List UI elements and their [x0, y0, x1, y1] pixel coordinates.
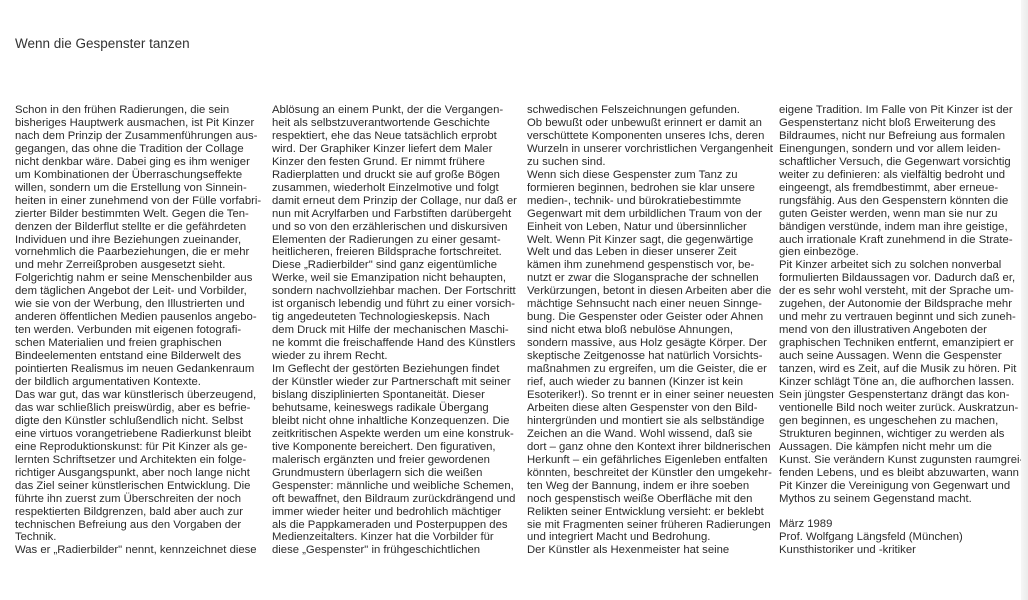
signature-date: März 1989 — [779, 518, 1028, 531]
text-line: Pit Kinzer arbeitet sich zu solchen nonv… — [779, 259, 1028, 272]
text-line: zusammen, wiederholt Einzelmotive und fo… — [272, 182, 522, 195]
text-line: Herkunft – ein gefährliches Eigenleben e… — [527, 454, 777, 467]
text-line: wie sie von der Werbung, den Illustriert… — [15, 298, 265, 311]
text-line: medien-, technik- und bürokratiebestimmt… — [527, 195, 777, 208]
text-line: ventionelle Bild noch weiter zurück. Aus… — [779, 402, 1028, 415]
text-line: tanzen, wird es Zeit, auf die Musik zu h… — [779, 363, 1028, 376]
text-line: um Kombinationen der Überraschungseffekt… — [15, 169, 265, 182]
text-line: rungsfähig. Aus den Gespenstern könnten … — [779, 195, 1028, 208]
text-line: nicht denkbar wäre. Dabei ging es ihm we… — [15, 156, 265, 169]
text-line: Medienzeitalters. Kinzer hat die Vorbild… — [272, 531, 522, 544]
text-line: Schon in den frühen Radierungen, die sei… — [15, 104, 265, 117]
text-line: digte den Künstler schlußendlich nicht. … — [15, 415, 265, 428]
text-line: der Künstler wieder zur Partnerschaft mi… — [272, 376, 522, 389]
text-line: kämen ihm zunehmend gespenstisch vor, be… — [527, 259, 777, 272]
text-line: maßnahmen zu ergreifen, um die Geister, … — [527, 363, 777, 376]
text-line: sie mit Fragmenten seiner früheren Radie… — [527, 519, 777, 532]
text-line: bändigen verstünde, indem man ihre geist… — [779, 221, 1028, 234]
text-line: Gespenster: männliche und weibliche Sche… — [272, 480, 522, 493]
text-line: tive Komponente bereichert. Den figurati… — [272, 441, 522, 454]
text-line: Kinzer schlägt Töne an, die aufhorchen l… — [779, 376, 1028, 389]
text-line: zu suchen sind. — [527, 156, 777, 169]
text-column-2: Ablösung an einem Punkt, der die Vergang… — [272, 104, 522, 557]
text-line: formulierten Bildaussagen vor. Dadurch d… — [779, 272, 1028, 285]
signature-role: Kunsthistoriker und -kritiker — [779, 544, 1028, 557]
text-line: zierter Bilder bestimmten Welt. Gegen di… — [15, 208, 265, 221]
text-line: Ob bewußt oder unbewußt erinnert er dami… — [527, 117, 777, 130]
text-line: nach dem Prinzip der Zusammenführungen a… — [15, 130, 265, 143]
text-line: Einheit von Leben, Natur und übersinnlic… — [527, 221, 777, 234]
text-line: könnten, beschreitet der Künstler den um… — [527, 467, 777, 480]
text-line: Bildraumes, nicht nur Befreiung aus form… — [779, 130, 1028, 143]
text-line: noch gespenstisch weiße Oberfläche mit d… — [527, 493, 777, 506]
text-line: Wurzeln in unserer vorchristlichen Verga… — [527, 143, 777, 156]
text-line: eingeengt, als fremdbestimmt, aber erneu… — [779, 182, 1028, 195]
text-line: als die Pappkameraden und Posterpuppen d… — [272, 519, 522, 532]
text-line: Strukturen beginnen, wichtiger zu werden… — [779, 428, 1028, 441]
text-line: rief, auch wieder zu bannen (Kinzer ist … — [527, 376, 777, 389]
text-line: gien einbezöge. — [779, 246, 1028, 259]
text-line: richtiger Ausgangspunkt, aber noch lange… — [15, 467, 265, 480]
text-line: eine Reproduktionskunst: für Pit Kinzer … — [15, 441, 265, 454]
column-4-lines: eigene Tradition. Im Falle von Pit Kinze… — [779, 104, 1028, 506]
text-line: gegangen, das ohne die Tradition der Col… — [15, 143, 265, 156]
text-line: bislang disziplinierten Spontaneität. Di… — [272, 389, 522, 402]
text-line: wird. Der Graphiker Kinzer liefert dem M… — [272, 143, 522, 156]
text-line: technischen Befreiung aus den Vorgaben d… — [15, 519, 265, 532]
text-line: formieren beginnen, bedrohen sie klar un… — [527, 182, 777, 195]
text-line: und integriert Macht und Bedrohung. — [527, 531, 777, 544]
text-line: sondern massive, aus Holz gesägte Körper… — [527, 337, 777, 350]
text-line: und mehr Zerreißproben ausgesetzt sieht. — [15, 259, 265, 272]
text-line: dort – ganz ohne den Kontext ihrer bildn… — [527, 441, 777, 454]
signature-author: Prof. Wolfgang Längsfeld (München) — [779, 531, 1028, 544]
text-line: sondern nachvollziehbar machen. Der Fort… — [272, 285, 522, 298]
text-line: pointierten Realismus im neuen Gedankenr… — [15, 363, 265, 376]
text-line: schen Materialien und freien graphischen — [15, 337, 265, 350]
text-line: skeptische Zeitgenosse hat natürlich Vor… — [527, 350, 777, 363]
text-line: schaftlicher Versuch, die Gegenwart vors… — [779, 156, 1028, 169]
text-line: heiten in einer zunehmend von der Fülle … — [15, 195, 265, 208]
text-line: Diese „Radierbilder" sind ganz eigentüml… — [272, 259, 522, 272]
text-line: graphischen Techniken entfernt, emanzipi… — [779, 337, 1028, 350]
text-line: Elementen der Radierungen zu einer gesam… — [272, 234, 522, 247]
text-line: ten Weg der Bannung, indem er ihre soebe… — [527, 480, 777, 493]
text-line: der es sehr wohl versteht, mit der Sprac… — [779, 285, 1028, 298]
text-line: und mehr zu vertrauen beginnt und sich z… — [779, 311, 1028, 324]
text-line: Kinzer den festen Grund. Er nimmt früher… — [272, 156, 522, 169]
text-line: führte ihn zuerst zum Überschreiten der … — [15, 493, 265, 506]
text-line: der bildlich argumentativen Kontexte. — [15, 376, 265, 389]
text-line: Werke, weil sie Emanzipation nicht behau… — [272, 272, 522, 285]
text-line: fenden Lebens, und es bleibt abzuwarten,… — [779, 467, 1028, 480]
text-line: vornehmlich die Paarbeziehungen, die er … — [15, 246, 265, 259]
text-line: nun mit Acrylfarben und Farbstiften darü… — [272, 208, 522, 221]
text-line: guten Geister werden, wenn man sie nur z… — [779, 208, 1028, 221]
text-line: respektierten Bildgrenzen, bald aber auc… — [15, 506, 265, 519]
text-line: bisheriges Hauptwerk ausmachen, ist Pit … — [15, 117, 265, 130]
text-line: dem täglichen Angebot der Leit- und Vorb… — [15, 285, 265, 298]
text-line: Wenn sich diese Gespenster zum Tanz zu — [527, 169, 777, 182]
text-column-4: eigene Tradition. Im Falle von Pit Kinze… — [779, 104, 1028, 557]
text-line: Relikten seiner Entwicklung versieht: er… — [527, 506, 777, 519]
text-line: ne kommt die freischaffende Hand des Kün… — [272, 337, 522, 350]
text-line: anderen öffentlichen Medien pausenlos an… — [15, 311, 265, 324]
text-line: das war schließlich preiswürdig, aber es… — [15, 402, 265, 415]
text-line: nutzt er zwar die Slogansprache der schn… — [527, 272, 777, 285]
text-line: Aussagen. Die kämpfen nicht mehr um die — [779, 441, 1028, 454]
text-line: diese „Gespenster" in frühgeschichtliche… — [272, 544, 522, 557]
text-line: gen beginnen, es ungeschehen zu machen, — [779, 415, 1028, 428]
text-line: schwedischen Felszeichnungen gefunden. — [527, 104, 777, 117]
text-line: Arbeiten diese alten Gespenster von den … — [527, 402, 777, 415]
text-line: ten werden. Verbunden mit eigenen fotogr… — [15, 324, 265, 337]
page-title: Wenn die Gespenster tanzen — [15, 36, 190, 51]
text-line: hintergründen und montiert sie als selbs… — [527, 415, 777, 428]
text-line: weiter zu definieren: als vielfältig bed… — [779, 169, 1028, 182]
text-line: Individuen und ihre Beziehungen zueinand… — [15, 234, 265, 247]
text-line: denzen der Bilderflut stellte er die gef… — [15, 221, 265, 234]
text-line: oft bewaffnet, den Bildraum zurückdränge… — [272, 493, 522, 506]
text-line: Kunst. Sie verändern Kunst zugunsten rau… — [779, 454, 1028, 467]
text-column-1: Schon in den frühen Radierungen, die sei… — [15, 104, 265, 557]
text-line: Einengungen, sondern und vor allem leide… — [779, 143, 1028, 156]
text-line: Verkürzungen, betont in diesen Arbeiten … — [527, 285, 777, 298]
text-line: Gespenstertanz nicht bloß Erweiterung de… — [779, 117, 1028, 130]
text-line: zeitkritischen Aspekte werden um eine ko… — [272, 428, 522, 441]
text-line: ist organisch lebendig und führt zu eine… — [272, 298, 522, 311]
text-column-3: schwedischen Felszeichnungen gefunden.Ob… — [527, 104, 777, 557]
text-line: lernten Schriftsetzer und Architekten ei… — [15, 454, 265, 467]
text-line: Mythos zu seinem Gegenstand macht. — [779, 493, 1028, 506]
text-line: Technik. — [15, 531, 265, 544]
text-line: Bindeelementen entstand eine Bilderwelt … — [15, 350, 265, 363]
text-line: eigene Tradition. Im Falle von Pit Kinze… — [779, 104, 1028, 117]
text-line: zugehen, der Autonomie der Bildsprache m… — [779, 298, 1028, 311]
text-line: behutsame, keineswegs radikale Übergang — [272, 402, 522, 415]
text-line: auch seine Aussagen. Wenn die Gespenster — [779, 350, 1028, 363]
text-line: Zeichen an die Wand. Wohl wissend, daß s… — [527, 428, 777, 441]
text-line: bung. Die Gespenster oder Geister oder A… — [527, 311, 777, 324]
text-line: Welt. Wenn Pit Kinzer sagt, die gegenwär… — [527, 234, 777, 247]
text-line: wieder zu ihrem Recht. — [272, 350, 522, 363]
text-line: immer wieder heiter und bedrohlich mächt… — [272, 506, 522, 519]
text-line: eine virtuos vorangetriebene Radierkunst… — [15, 428, 265, 441]
text-line: mend von den illustrativen Angeboten der — [779, 324, 1028, 337]
text-line: mächtige Sehnsucht nach einer neuen Sinn… — [527, 298, 777, 311]
text-line: Radierplatten und druckt sie auf große B… — [272, 169, 522, 182]
text-line: Gegenwart mit dem urbildlichen Traum von… — [527, 208, 777, 221]
text-line: sind nicht etwa bloß nebulöse Ahnungen, — [527, 324, 777, 337]
text-line: Esoteriker!). So trennt er in einer sein… — [527, 389, 777, 402]
text-line: heit als selbstzuverantwortende Geschich… — [272, 117, 522, 130]
text-line: Das war gut, das war künstlerisch überze… — [15, 389, 265, 402]
text-line: Folgerichtig nahm er seine Menschenbilde… — [15, 272, 265, 285]
text-line: Sein jüngster Gespenstertanz drängt das … — [779, 389, 1028, 402]
text-line: verschüttete Komponenten unseres Ichs, d… — [527, 130, 777, 143]
text-line: das Ziel seiner künstlerischen Entwicklu… — [15, 480, 265, 493]
text-line: heitlicheren, freieren Bildsprache forts… — [272, 246, 522, 259]
text-line: Im Geflecht der gestörten Beziehungen fi… — [272, 363, 522, 376]
text-line: bleibt nicht ohne inhaltliche Konzequenz… — [272, 415, 522, 428]
text-line: Der Künstler als Hexenmeister hat seine — [527, 544, 777, 557]
text-line: Grundmustern überlagern sich die weißen — [272, 467, 522, 480]
text-line: Was er „Radierbilder" nennt, kennzeichne… — [15, 544, 265, 557]
text-line: dem Druck mit Hilfe der mechanischen Mas… — [272, 324, 522, 337]
text-line: und so von den erzählerischen und diskur… — [272, 221, 522, 234]
scan-edge — [1021, 0, 1028, 600]
text-line: damit erneut dem Prinzip der Collage, nu… — [272, 195, 522, 208]
text-line: malerisch ergänzten und freier gewordene… — [272, 454, 522, 467]
text-line: respektiert, ehe das Neue tatsächlich er… — [272, 130, 522, 143]
text-line: Welt und das Leben in dieser unserer Zei… — [527, 246, 777, 259]
text-line: auch irrationale Kraft zunehmend in die … — [779, 234, 1028, 247]
text-line: Ablösung an einem Punkt, der die Vergang… — [272, 104, 522, 117]
text-line: tig angedeuteten Technologieskepsis. Nac… — [272, 311, 522, 324]
text-line: willen, sondern um die Erstellung von Si… — [15, 182, 265, 195]
text-line: Pit Kinzer die Vereinigung von Gegenwart… — [779, 480, 1028, 493]
spacer — [779, 506, 1028, 519]
